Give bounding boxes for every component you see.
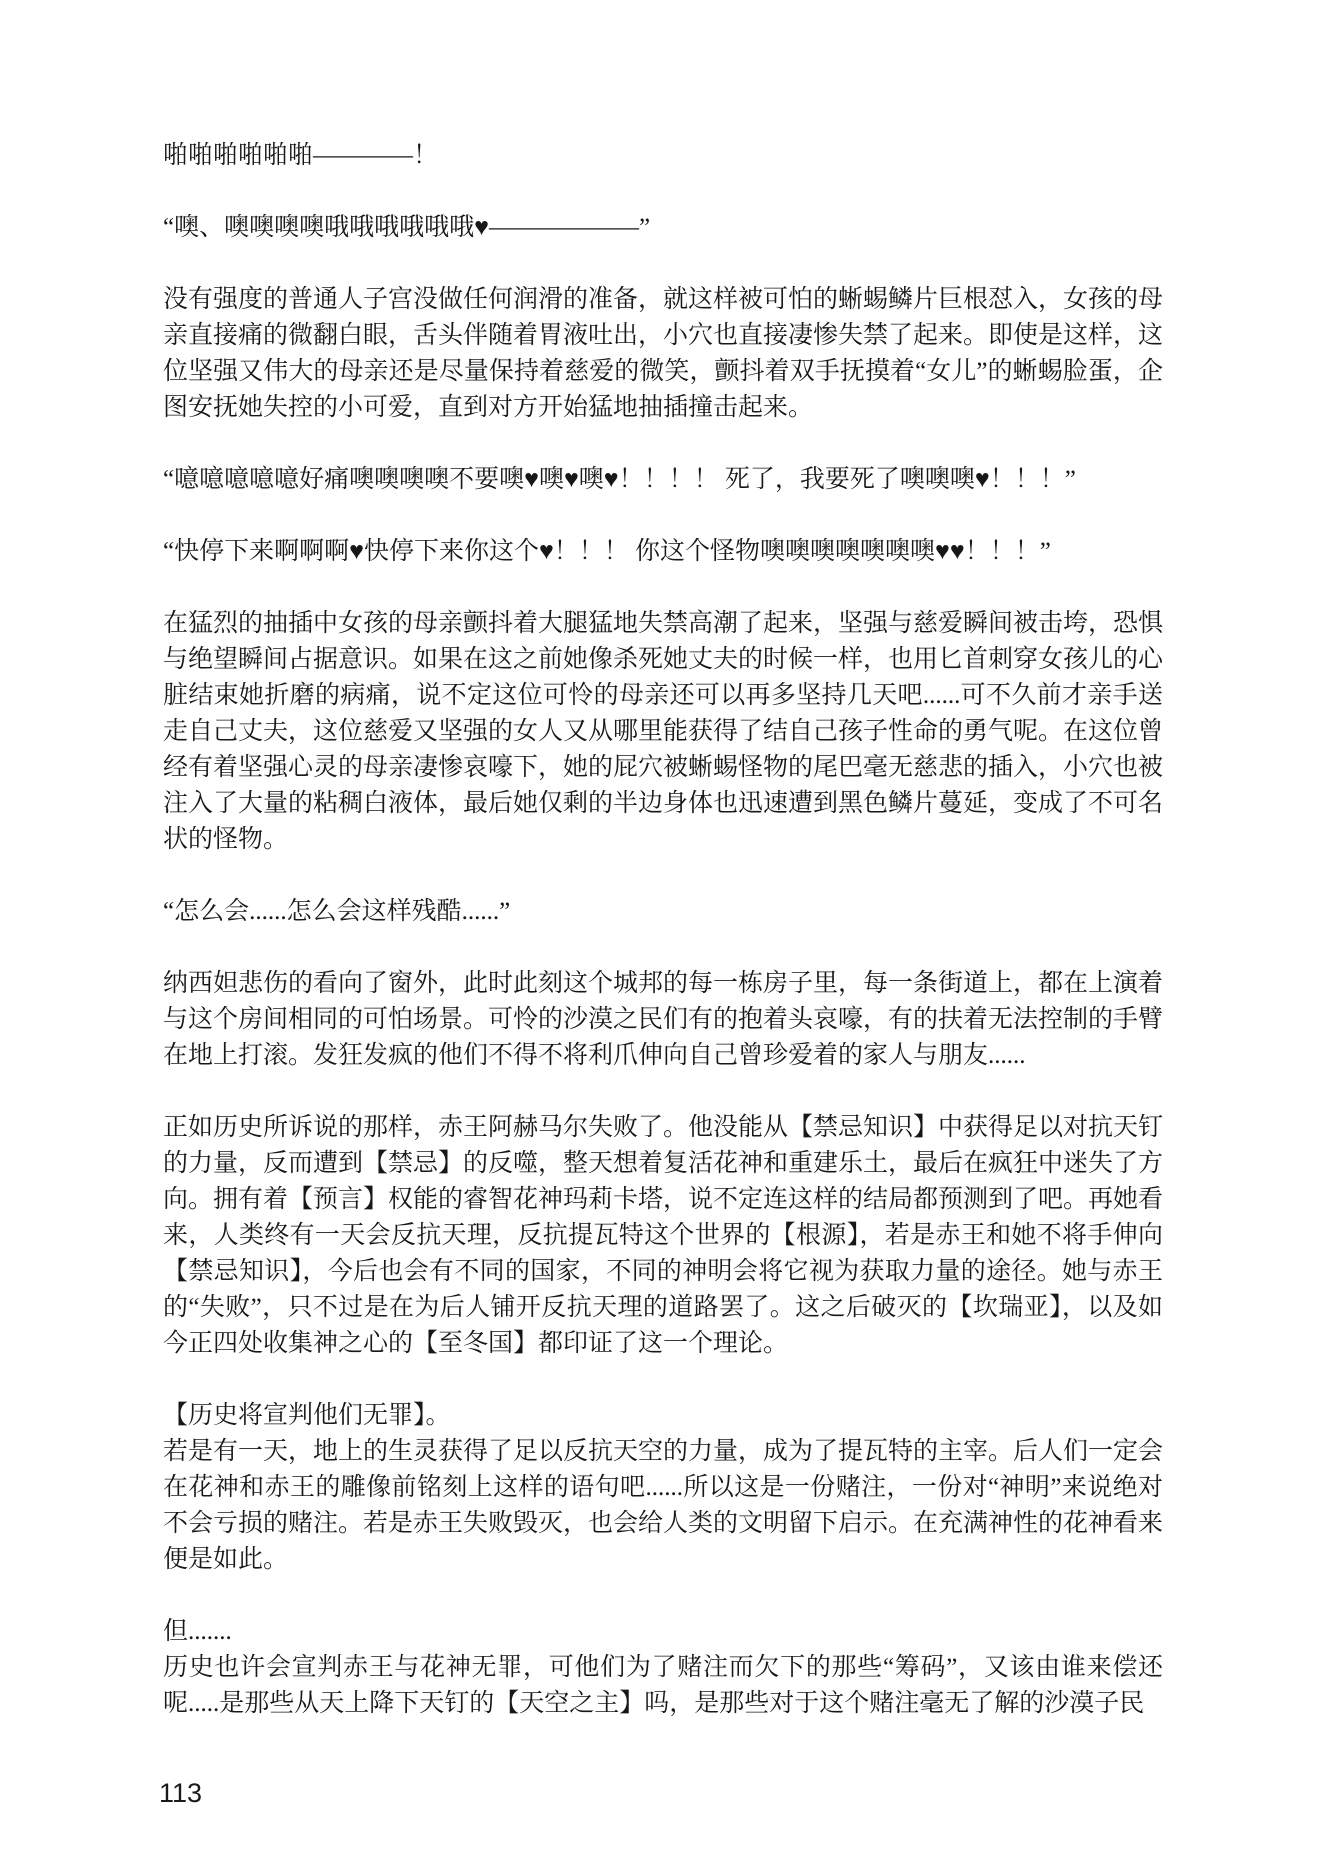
narration-paragraph-4: 正如历史所诉说的那样，赤王阿赫马尔失败了。他没能从【禁忌知识】中获得足以对抗天钉…: [163, 1110, 1163, 1362]
narration-paragraph-3: 纳西妲悲伤的看向了窗外，此时此刻这个城邦的每一栋房子里，每一条街道上，都在上演着…: [163, 966, 1163, 1074]
dialogue-line-3: “快停下来啊啊啊♥快停下来你这个♥！！！ 你这个怪物噢噢噢噢噢噢噢♥♥！！！”: [163, 534, 1163, 570]
narration-paragraph-5: 若是有一天，地上的生灵获得了足以反抗天空的力量，成为了提瓦特的主宰。后人们一定会…: [163, 1434, 1163, 1578]
dialogue-line-4: “怎么会......怎么会这样残酷......”: [163, 894, 1163, 930]
but-line: 但.......: [163, 1614, 1163, 1650]
narration-paragraph-2: 在猛烈的抽插中女孩的母亲颤抖着大腿猛地失禁高潮了起来，坚强与慈爱瞬间被击垮，恐惧…: [163, 606, 1163, 858]
narration-paragraph-6: 历史也许会宣判赤王与花神无罪，可他们为了赌注而欠下的那些“筹码”，又该由谁来偿还…: [163, 1650, 1163, 1722]
page-content: 啪啪啪啪啪啪————！ “噢、噢噢噢噢哦哦哦哦哦哦♥——————” 没有强度的普…: [163, 138, 1163, 1722]
sfx-line: 啪啪啪啪啪啪————！: [163, 138, 1163, 174]
narration-paragraph-1: 没有强度的普通人子宫没做任何润滑的准备，就这样被可怕的蜥蜴鳞片巨根怼入，女孩的母…: [163, 282, 1163, 426]
document-page: 啪啪啪啪啪啪————！ “噢、噢噢噢噢哦哦哦哦哦哦♥——————” 没有强度的普…: [0, 0, 1323, 1871]
page-number: 113: [159, 1778, 202, 1809]
verdict-header-line: 【历史将宣判他们无罪】。: [163, 1398, 1163, 1434]
dialogue-line-2: “噫噫噫噫噫好痛噢噢噢噢不要噢♥噢♥噢♥！！！！ 死了，我要死了噢噢噢♥！！！”: [163, 462, 1163, 498]
dialogue-line-1: “噢、噢噢噢噢哦哦哦哦哦哦♥——————”: [163, 210, 1163, 246]
